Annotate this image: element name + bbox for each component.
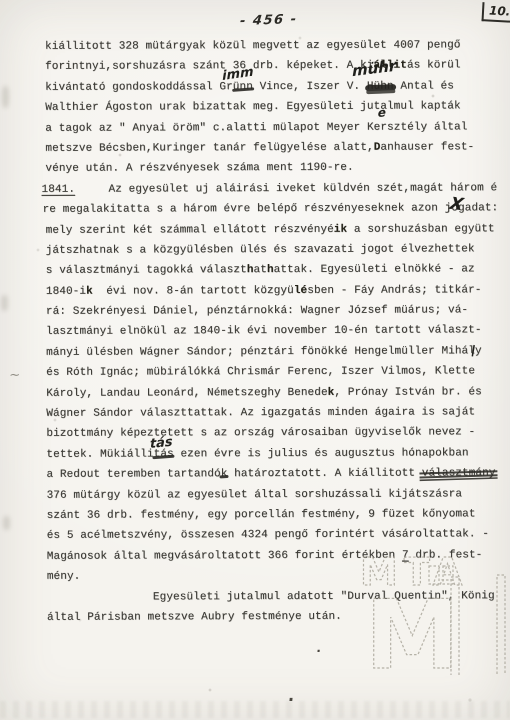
text-segment: mányi ülésben Wágner Sándor; pénztári fö…	[46, 345, 482, 359]
text-segment: lasztmányi elnökül az 1840-ik évi novemb…	[46, 325, 482, 339]
paper-smudge	[2, 86, 9, 108]
text-segment: Vince, Iszer V.	[253, 80, 367, 92]
text-line: Károly, Landau Leonárd, Németszeghy Bene…	[46, 382, 506, 404]
text-segment: mely szerint két számmal ellátott részvé…	[46, 223, 334, 236]
text-segment: által Párisban metszve Aubry festménye u…	[47, 611, 342, 624]
text-line: és 5 acélmetszvény, összesen 4324 pengő …	[47, 525, 507, 547]
text-segment: Antal és	[394, 80, 454, 92]
text-segment: sben - Fáy András; titkár-	[307, 284, 481, 297]
text-segment: választmány	[422, 467, 496, 479]
text-segment: Az egyesület uj aláirási iveket küldvén …	[75, 182, 497, 195]
text-segment: 376 mütárgy közül az egyesület által sor…	[47, 488, 463, 501]
text-segment: Egyesületi jutalmul adatott "Durval Quen…	[153, 590, 495, 603]
text-segment: bizottmány képeztetett s az ország város…	[46, 427, 475, 440]
text-segment: Walthier Ágoston urak bizattak meg. Egye…	[45, 101, 461, 114]
text-segment: mény.	[47, 571, 81, 583]
text-segment: és 5 acélmetszvény, összesen 4324 pengő …	[47, 529, 489, 543]
text-line: játszhatnak s a közgyülésben ülés és sza…	[46, 239, 506, 261]
text-segment: Magánosok által megvásároltatott 366 for…	[47, 549, 402, 562]
text-segment: vénye után. A részvényesek száma ment 11…	[45, 162, 353, 175]
text-line: Wágner Sándor választtattak. Az igazgatá…	[46, 402, 506, 424]
text-segment: h	[267, 264, 274, 276]
text-line: re megalakitatta s a három évre belépő r…	[43, 198, 506, 220]
text-segment: kivántató gondoskoddással Gr	[45, 81, 233, 94]
text-segment: tettek. Mükiálli	[46, 448, 153, 460]
text-line: Magánosok által megvásároltatott 366 for…	[47, 545, 507, 567]
text-segment: drb. fest-	[409, 549, 483, 561]
text-segment: évi nov. 8-án tartott közgyü	[93, 285, 294, 298]
text-segment: és Róth Ignác; mübirálókká Chrismár Fere…	[46, 366, 475, 379]
typewritten-text: kiállitott 328 mütárgyak közül megvett a…	[45, 35, 507, 628]
text-line: a tagok az " Anyai öröm" c.alatti mülapo…	[45, 117, 505, 139]
text-segment: ik	[334, 223, 347, 235]
text-segment: metszve Bécsben,Kuringer tanár felügyelé…	[45, 142, 373, 155]
text-segment: a tagok az " Anyai öröm" c.alatti mülapo…	[45, 121, 467, 134]
page-number: - 456 -	[239, 12, 298, 29]
text-line: kiállitott 328 mütárgyak közül megvett a…	[45, 35, 505, 57]
text-line: rá: Szekrényesi Dániel, pénztárnokká: Wa…	[46, 300, 506, 322]
text-line: 1841. Az egyesület uj aláirási iveket kü…	[41, 178, 505, 200]
text-segment: ás körül	[407, 60, 461, 72]
text-line: Walthier Ágoston urak bizattak meg. Egye…	[45, 96, 505, 118]
text-segment: játszhatnak s a közgyülésben ülés és sza…	[46, 243, 475, 256]
text-segment: szánt 36 drb. festmény, egy porcellán fe…	[47, 508, 476, 521]
text-segment: re megalakitatta s a három évre belépő r…	[43, 202, 499, 216]
text-line: lasztmányi elnökül az 1840-ik évi novemb…	[46, 321, 506, 343]
text-line: kivántató gondoskoddással Grünn Vince, I…	[45, 76, 505, 98]
text-line: tettek. Mükiállitás ezen évre is julius …	[46, 443, 506, 465]
text-segment: a sorshuzásban együtt	[347, 223, 494, 236]
text-line: által Párisban metszve Aubry festménye u…	[47, 606, 507, 628]
text-segment: k	[86, 285, 93, 297]
text-line: 376 mütárgy közül az egyesület által sor…	[47, 484, 507, 506]
document-page: 10. - 456 - kiállitott 328 mütárgyak köz…	[0, 0, 510, 720]
text-segment: Hühn	[367, 80, 394, 92]
text-segment: k	[221, 468, 228, 480]
text-line: és Róth Ignác; mübirálókká Chrismár Fere…	[46, 361, 506, 383]
text-line: metszve Bécsben,Kuringer tanár felügyelé…	[45, 137, 505, 159]
text-segment: Wágner Sándor választtattak. Az igazgatá…	[46, 406, 475, 419]
text-segment: 1840-i	[46, 285, 86, 297]
text-line: a Redout teremben tartandók határoztatot…	[46, 463, 506, 485]
text-segment: ünn	[233, 81, 253, 93]
text-segment: 1841.	[41, 183, 75, 195]
text-line: s választmányi tagokká választhathattak.…	[46, 259, 506, 281]
text-line: vénye után. A részvényesek száma ment 11…	[45, 158, 505, 180]
handwritten-tas: tás	[150, 435, 173, 452]
text-segment: rá: Szekrényesi Dániel, pénztárnokká: Wa…	[46, 304, 468, 317]
text-line: 1840-ik évi nov. 8-án tartott közgyülésb…	[46, 280, 506, 302]
text-line: mény.	[47, 565, 507, 587]
margin-pencil-mark: ~	[8, 368, 20, 383]
text-segment: at	[254, 264, 267, 276]
text-line: bizottmány képeztetett s az ország város…	[46, 423, 506, 445]
text-segment: lé	[294, 285, 307, 297]
text-line: szánt 36 drb. festmény, egy porcellán fe…	[47, 504, 507, 526]
corner-page-number: 10.	[482, 2, 510, 23]
scan-noise	[0, 701, 510, 718]
text-segment: h	[247, 264, 254, 276]
text-line: mányi ülésben Wágner Sándor; pénztári fö…	[46, 341, 506, 363]
ink-speck: ·	[316, 644, 322, 658]
text-segment: ezen évre is julius és augusztus hónapok…	[174, 447, 469, 460]
text-segment: attak. Egyesületi elnökké - az	[274, 264, 475, 277]
text-segment: forintnyi,sorshuzásra szánt 36 drb. képe…	[45, 60, 373, 73]
text-line: Egyesületi jutalmul adatott "Durval Quen…	[153, 586, 507, 608]
text-line: mely szerint két számmal ellátott részvé…	[46, 219, 506, 241]
text-segment: kiállitott 328 mütárgyak közül megvett a…	[45, 39, 461, 52]
text-segment: anhauser fest-	[380, 141, 474, 153]
paper-smudge	[3, 516, 10, 530]
text-line: forintnyi,sorshuzásra szánt 36 drb. képe…	[45, 56, 505, 78]
text-segment: a Redout teremben tartandó	[46, 468, 220, 481]
handwritten-e-insert: e	[378, 105, 386, 120]
text-segment: , Prónay István br. és	[334, 386, 481, 399]
text-segment: s választmányi tagokká választ	[46, 264, 247, 277]
paper-smudge	[1, 295, 8, 311]
text-segment: Károly, Landau Leonárd, Németszeghy Bene…	[46, 386, 327, 399]
text-segment: határoztatott. A kiállitott	[227, 468, 421, 481]
text-segment: 7	[402, 549, 409, 561]
